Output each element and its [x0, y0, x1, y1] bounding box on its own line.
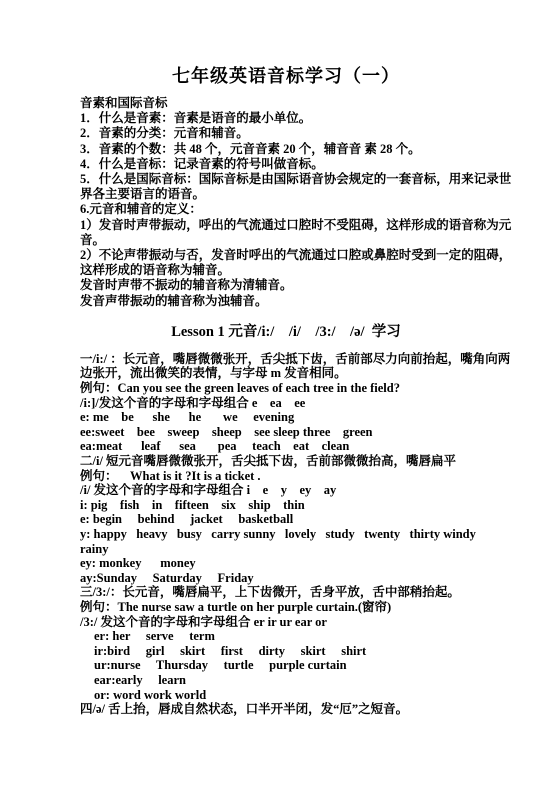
- text-line: /3:/ 发这个音的字母和字母组合 er ir ur ear or: [80, 615, 492, 630]
- text-line: y: happy heavy busy carry sunny lovely s…: [80, 527, 492, 542]
- text-line: /i:]/发这个音的字母和字母组合 e ea ee: [80, 396, 492, 411]
- text-line: 1．什么是音素：音素是语音的最小单位。: [80, 111, 492, 126]
- text-line: 例句：The nurse saw a turtle on her purple …: [80, 600, 492, 615]
- text-line: ear:early learn: [80, 673, 492, 688]
- text-line: 4．什么是音标：记录音素的符号叫做音标。: [80, 157, 492, 172]
- text-line: 音。: [80, 233, 492, 248]
- text-line: 三/3:/：长元音，嘴唇扁平，上下齿微开，舌身平放，舌中部稍抬起。: [80, 585, 492, 600]
- text-line: or: word work world: [80, 688, 492, 703]
- intro-section: 音素和国际音标1．什么是音素：音素是语音的最小单位。2．音素的分类：元音和辅音。…: [80, 96, 492, 309]
- text-line: 5．什么是国际音标：国际音标是由国际语音协会规定的一套音标，用来记录世: [80, 172, 492, 187]
- text-line: ee:sweet bee sweep sheep see sleep three…: [80, 425, 492, 440]
- text-line: ur:nurse Thursday turtle purple curtain: [80, 658, 492, 673]
- text-line: /i/ 发这个音的字母和字母组合 i e y ey ay: [80, 483, 492, 498]
- text-line: 音素和国际音标: [80, 96, 492, 111]
- text-line: e: begin behind jacket basketball: [80, 512, 492, 527]
- text-line: 3．音素的个数：共 48 个，元音音素 20 个，辅音音 素 28 个。: [80, 142, 492, 157]
- text-line: 边张开，流出微笑的表情，与字母 m 发音相同。: [80, 366, 492, 381]
- text-line: ay:Sunday Saturday Friday: [80, 571, 492, 586]
- lesson-heading: Lesson 1 元音/i:/ /i/ /3:/ /ə/ 学习: [80, 322, 492, 343]
- text-line: ir:bird girl skirt first dirty skirt shi…: [80, 644, 492, 659]
- text-line: i: pig fish in fifteen six ship thin: [80, 498, 492, 513]
- document-title: 七年级英语音标学习（一）: [80, 64, 492, 89]
- text-line: 四/ə/ 舌上抬，唇成自然状态，口半开半闭，发“厄”之短音。: [80, 702, 492, 717]
- text-line: ea:meat leaf sea pea teach eat clean: [80, 439, 492, 454]
- text-line: 例句： What is it ?It is a ticket .: [80, 469, 492, 484]
- lesson-section: 一/i:/ ：长元音，嘴唇微微张开，舌尖抵下齿，舌前部尽力向前抬起，嘴角向两边张…: [80, 352, 492, 717]
- text-line: 发音时声带不振动的辅音称为清辅音。: [80, 278, 492, 293]
- text-line: 这样形成的语音称为辅音。: [80, 263, 492, 278]
- text-line: rainy: [80, 542, 492, 557]
- text-line: 2．音素的分类：元音和辅音。: [80, 126, 492, 141]
- text-line: 1）发音时声带振动，呼出的气流通过口腔时不受阻碍，这样形成的语音称为元: [80, 218, 492, 233]
- text-line: 界各主要语言的语音。: [80, 187, 492, 202]
- document-page: 七年级英语音标学习（一） 音素和国际音标1．什么是音素：音素是语音的最小单位。2…: [0, 0, 560, 792]
- text-line: 6.元音和辅音的定义：: [80, 202, 492, 217]
- text-line: 二/i/ 短元音嘴唇微微张开，舌尖抵下齿，舌前部微微抬高，嘴唇扁平: [80, 454, 492, 469]
- text-line: 2）不论声带振动与否，发音时呼出的气流通过口腔或鼻腔时受到一定的阻碍，: [80, 248, 492, 263]
- text-line: e: me be she he we evening: [80, 410, 492, 425]
- text-line: 例句：Can you see the green leaves of each …: [80, 381, 492, 396]
- text-line: 发音声带振动的辅音称为浊辅音。: [80, 294, 492, 309]
- text-line: 一/i:/ ：长元音，嘴唇微微张开，舌尖抵下齿，舌前部尽力向前抬起，嘴角向两: [80, 352, 492, 367]
- text-line: er: her serve term: [80, 629, 492, 644]
- text-line: ey: monkey money: [80, 556, 492, 571]
